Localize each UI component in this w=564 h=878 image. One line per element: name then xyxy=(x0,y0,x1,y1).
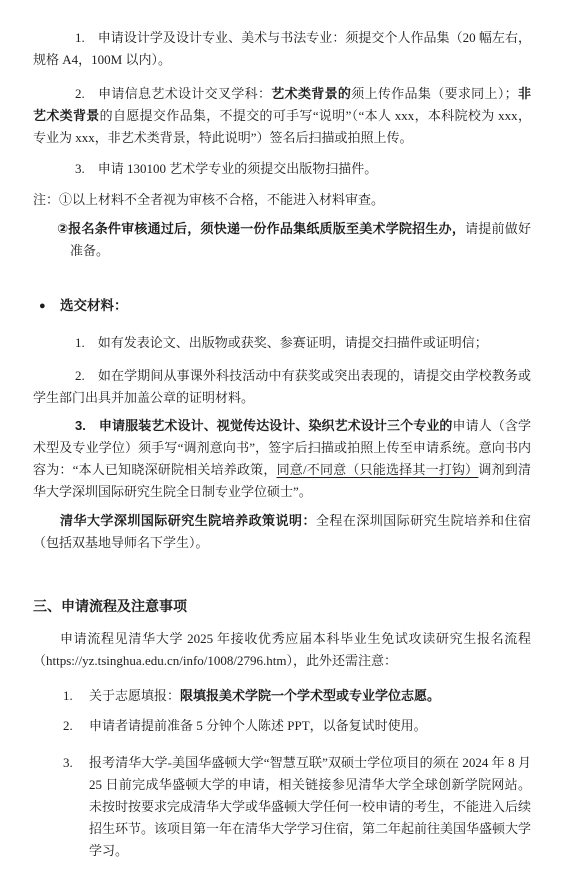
optional-materials-item-2: 2. 如在学期间从事课外科技活动中有获奖或突出表现的，请提交由学校教务或学生部门… xyxy=(33,365,531,409)
item-number: 1. xyxy=(63,685,89,707)
note-line-1: 注：①以上材料不全者视为审核不合格，不能进入材料审查。 xyxy=(33,189,531,211)
section-3-heading: 三、申请流程及注意事项 xyxy=(33,595,531,617)
item-body: 申请者请提前准备 5 分钟个人陈述 PPT，以备复试时使用。 xyxy=(89,715,531,737)
document-page: 1. 申请设计学及设计专业、美术与书法专业：须提交个人作品集（20 幅左右，规格… xyxy=(0,0,564,878)
item-body: 报考清华大学-美国华盛顿大学“智慧互联”双硕士学位项目的须在 2024 年 8 … xyxy=(89,752,531,862)
required-materials-item-2: 2. 申请信息艺术设计交叉学科：艺术类背景的须上传作品集（要求同上）；非艺术类背… xyxy=(33,83,531,149)
optional-materials-item-1: 1. 如有发表论文、出版物或获奖、参赛证明，请提交扫描件或证明信； xyxy=(33,332,531,354)
process-note-item-1: 1. 关于志愿填报：限填报美术学院一个学术型或专业学位志愿。 xyxy=(33,685,531,707)
optional-materials-item-3: 3. 申请服装艺术设计、视觉传达设计、染织艺术设计三个专业的申请人（含学术型及专… xyxy=(33,415,531,503)
application-process-intro: 申请流程见清华大学 2025 年接收优秀应届本科毕业生免试攻读研究生报名流程（h… xyxy=(33,628,531,672)
optional-materials-heading: ● 选交材料： xyxy=(39,295,531,317)
bullet-icon: ● xyxy=(39,295,60,317)
required-materials-item-1: 1. 申请设计学及设计专业、美术与书法专业：须提交个人作品集（20 幅左右，规格… xyxy=(33,27,531,71)
note-line-2: ②报名条件审核通过后，须快递一份作品集纸质版至美术学院招生办，请提前做好准备。 xyxy=(70,218,531,262)
optional-materials-heading-label: 选交材料： xyxy=(60,295,128,317)
szigs-policy-note: 清华大学深圳国际研究生院培养政策说明：全程在深圳国际研究生院培养和住宿（包括双基… xyxy=(33,510,531,554)
item-number: 2. xyxy=(63,715,89,737)
item-body: 关于志愿填报：限填报美术学院一个学术型或专业学位志愿。 xyxy=(89,685,531,707)
required-materials-item-3: 3. 申请 130100 艺术学专业的须提交出版物扫描件。 xyxy=(33,158,531,180)
process-note-item-2: 2. 申请者请提前准备 5 分钟个人陈述 PPT，以备复试时使用。 xyxy=(33,715,531,737)
item-number: 3. xyxy=(63,752,89,774)
process-note-item-3: 3. 报考清华大学-美国华盛顿大学“智慧互联”双硕士学位项目的须在 2024 年… xyxy=(33,752,531,862)
